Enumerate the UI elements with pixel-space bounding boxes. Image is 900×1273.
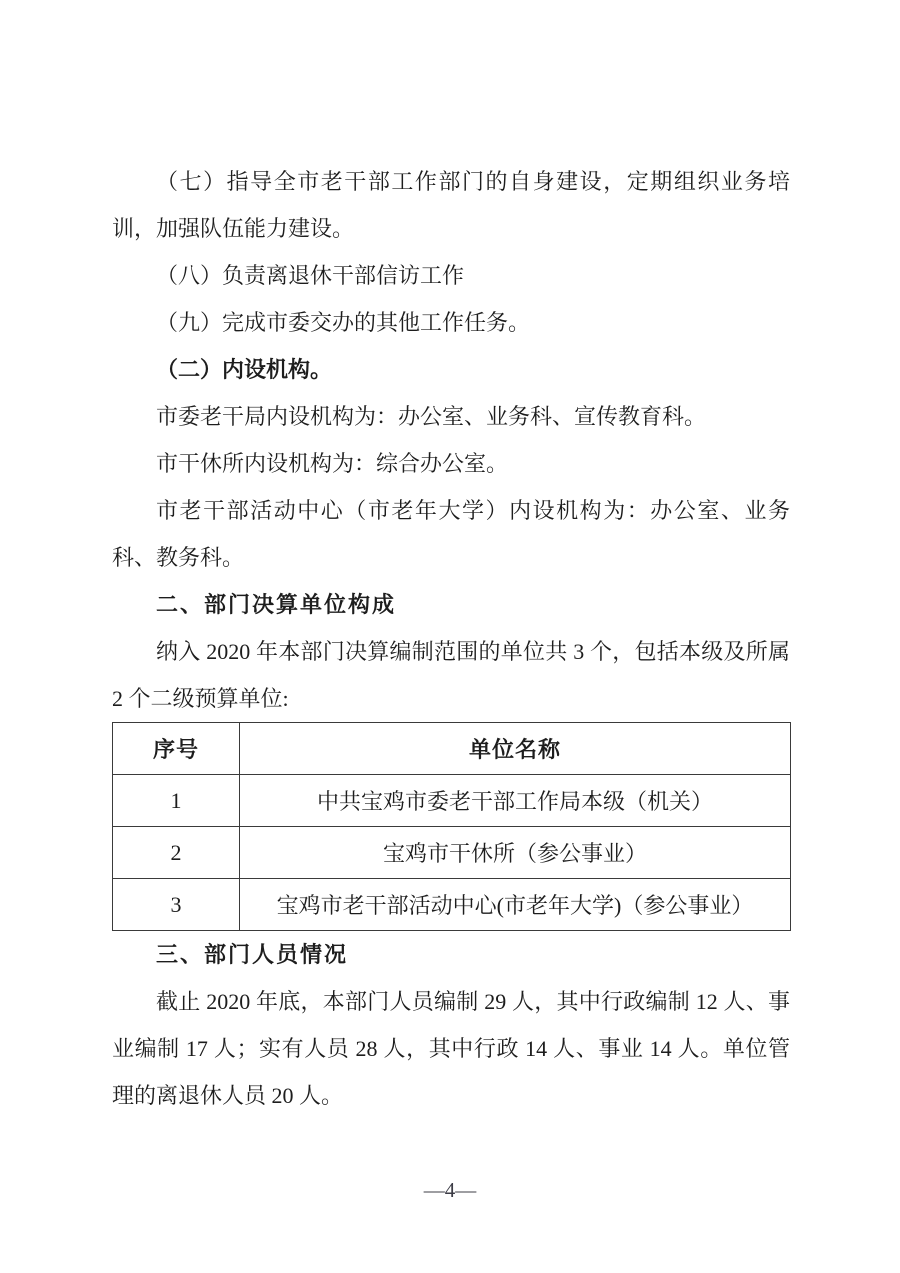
table-row: 2 宝鸡市干休所（参公事业）	[113, 827, 791, 879]
paragraph-personnel-stats: 截止 2020 年底，本部门人员编制 29 人，其中行政编制 12 人、事业编制…	[112, 978, 790, 1119]
paragraph-bureau-organs: 市委老干局内设机构为：办公室、业务科、宣传教育科。	[112, 393, 790, 440]
table-header-index: 序号	[113, 723, 240, 775]
page-number: —4—	[0, 1178, 900, 1203]
paragraph-unit-scope: 纳入 2020 年本部门决算编制范围的单位共 3 个，包括本级及所属 2 个二级…	[112, 628, 790, 722]
subsection-heading-internal-organs: （二）内设机构。	[112, 346, 790, 393]
table-row: 1 中共宝鸡市委老干部工作局本级（机关）	[113, 775, 791, 827]
table-cell-index: 3	[113, 879, 240, 931]
table-cell-index: 1	[113, 775, 240, 827]
paragraph-sanatorium-organs: 市干休所内设机构为：综合办公室。	[112, 440, 790, 487]
budget-units-table: 序号 单位名称 1 中共宝鸡市委老干部工作局本级（机关） 2 宝鸡市干休所（参公…	[112, 722, 791, 931]
table-cell-unit-name: 宝鸡市老干部活动中心(市老年大学)（参公事业）	[240, 879, 791, 931]
table-cell-unit-name: 宝鸡市干休所（参公事业）	[240, 827, 791, 879]
table-header-unit-name: 单位名称	[240, 723, 791, 775]
table-cell-index: 2	[113, 827, 240, 879]
paragraph-duty-9: （九）完成市委交办的其他工作任务。	[112, 299, 790, 346]
paragraph-duty-8: （八）负责离退休干部信访工作	[112, 252, 790, 299]
section-heading-unit-composition: 二、部门决算单位构成	[112, 581, 790, 628]
document-body: （七）指导全市老干部工作部门的自身建设，定期组织业务培训，加强队伍能力建设。 （…	[112, 158, 790, 1119]
table-row: 3 宝鸡市老干部活动中心(市老年大学)（参公事业）	[113, 879, 791, 931]
section-heading-personnel: 三、部门人员情况	[112, 931, 790, 978]
paragraph-duty-7: （七）指导全市老干部工作部门的自身建设，定期组织业务培训，加强队伍能力建设。	[112, 158, 790, 252]
paragraph-activity-center-organs: 市老干部活动中心（市老年大学）内设机构为：办公室、业务科、教务科。	[112, 487, 790, 581]
document-page: （七）指导全市老干部工作部门的自身建设，定期组织业务培训，加强队伍能力建设。 （…	[0, 0, 900, 1273]
table-cell-unit-name: 中共宝鸡市委老干部工作局本级（机关）	[240, 775, 791, 827]
table-header-row: 序号 单位名称	[113, 723, 791, 775]
